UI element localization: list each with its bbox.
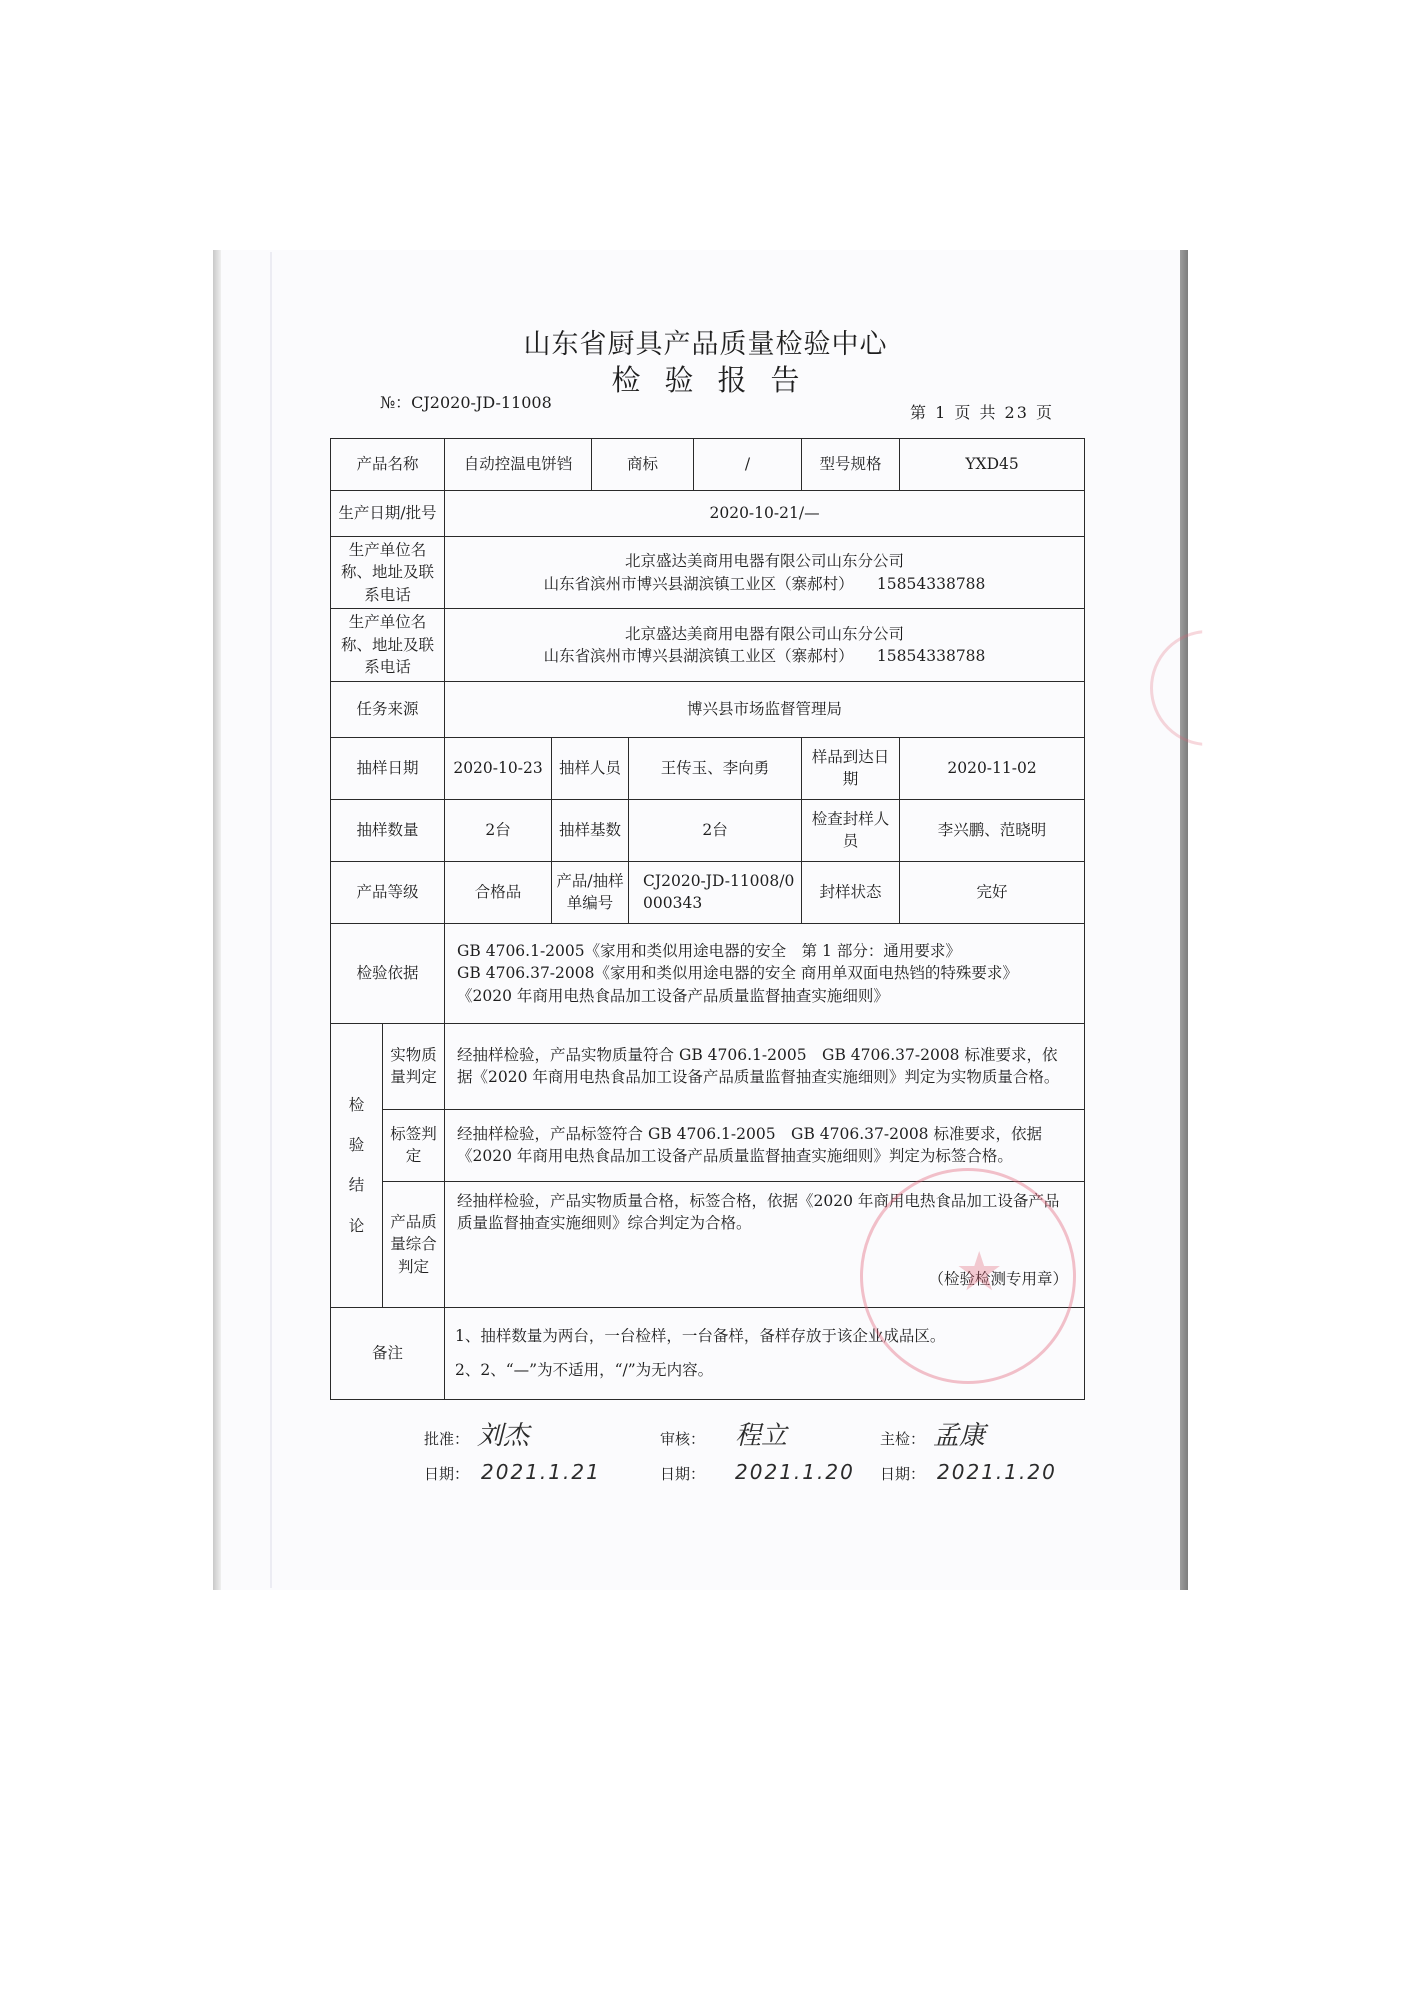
- date-label: 日期：: [880, 1465, 925, 1483]
- product-name: 自动控温电饼铛: [445, 439, 592, 491]
- row-unit-1: 生产单位名称、地址及联系电话 北京盛达美商用电器有限公司山东分公司 山东省滨州市…: [331, 537, 1085, 609]
- sampler-label: 抽样人员: [552, 737, 629, 799]
- review-signature: 审核：程立: [660, 1415, 787, 1452]
- remarks-label: 备注: [331, 1307, 445, 1399]
- document-title: 检验报告: [0, 358, 1411, 399]
- review-sig: 程立: [735, 1421, 787, 1451]
- edge-seal-stamp: [1150, 630, 1266, 746]
- organization-title: 山东省厨具产品质量检验中心: [0, 322, 1411, 361]
- sheet-no: CJ2020-JD-11008/0000343: [629, 861, 802, 923]
- approve-label: 批准：: [424, 1430, 469, 1448]
- task-source: 博兴县市场监督管理局: [445, 681, 1085, 737]
- approve-sig: 刘杰: [477, 1421, 529, 1451]
- review-label: 审核：: [660, 1430, 705, 1448]
- row-basis: 检验依据 GB 4706.1-2005《家用和类似用途电器的安全 第 1 部分：…: [331, 923, 1085, 1023]
- row-sampling: 抽样日期 2020-10-23 抽样人员 王传玉、李向勇 样品到达日期 2020…: [331, 737, 1085, 799]
- scan-edge-right: [1180, 250, 1188, 1590]
- inspector-date-row: 日期：2021.1.20: [880, 1460, 1057, 1484]
- unit-label: 生产单位名称、地址及联系电话: [331, 609, 445, 681]
- row-unit-2: 生产单位名称、地址及联系电话 北京盛达美商用电器有限公司山东分公司 山东省滨州市…: [331, 609, 1085, 681]
- sheet-no-label: 产品/抽样单编号: [552, 861, 629, 923]
- arrival-date: 2020-11-02: [900, 737, 1085, 799]
- review-date: 2021.1.20: [735, 1460, 855, 1484]
- report-number: №：CJ2020-JD-11008: [380, 390, 552, 413]
- date-label: 日期：: [660, 1465, 705, 1483]
- conclusion-label: 检验结论: [331, 1023, 383, 1307]
- inspector-label: 主检：: [880, 1430, 925, 1448]
- production-date: 2020-10-21/—: [445, 491, 1085, 537]
- approve-date: 2021.1.21: [481, 1460, 601, 1484]
- seal-checker-label: 检查封样人员: [802, 799, 900, 861]
- basis-standard-2: GB 4706.37-2008《家用和类似用途电器的安全 商用单双面电热铛的特殊…: [457, 962, 1080, 984]
- seal-status-label: 封样状态: [802, 861, 900, 923]
- inspector-sig: 孟康: [933, 1421, 985, 1451]
- production-date-label: 生产日期/批号: [331, 491, 445, 537]
- unit-name: 北京盛达美商用电器有限公司山东分公司: [449, 550, 1080, 572]
- approve-signature: 批准：刘杰: [424, 1415, 529, 1452]
- trademark-label: 商标: [592, 439, 694, 491]
- unit-phone: 15854338788: [877, 647, 985, 665]
- row-product: 产品名称 自动控温电饼铛 商标 / 型号规格 YXD45: [331, 439, 1085, 491]
- row-conclusion-physical: 检验结论 实物质量判定 经抽样检验，产品实物质量符合 GB 4706.1-200…: [331, 1023, 1085, 1109]
- basis-label: 检验依据: [331, 923, 445, 1023]
- sample-qty-label: 抽样数量: [331, 799, 445, 861]
- sample-base-label: 抽样基数: [552, 799, 629, 861]
- approve-date-row: 日期：2021.1.21: [424, 1460, 601, 1484]
- scan-edge-left: [213, 250, 221, 1590]
- sampling-date-label: 抽样日期: [331, 737, 445, 799]
- unit-label: 生产单位名称、地址及联系电话: [331, 537, 445, 609]
- grade: 合格品: [445, 861, 552, 923]
- review-date-row: 日期：2021.1.20: [660, 1460, 855, 1484]
- seal-checkers: 李兴鹏、范晓明: [900, 799, 1085, 861]
- sample-base: 2台: [629, 799, 802, 861]
- task-source-label: 任务来源: [331, 681, 445, 737]
- trademark: /: [694, 439, 802, 491]
- sample-qty: 2台: [445, 799, 552, 861]
- overall-quality-label: 产品质量综合判定: [383, 1181, 445, 1307]
- unit-address: 山东省滨州市博兴县湖滨镇工业区（寨郝村）: [544, 575, 846, 593]
- model: YXD45: [900, 439, 1085, 491]
- seal-star-icon: ★: [955, 1240, 1003, 1303]
- samplers: 王传玉、李向勇: [629, 737, 802, 799]
- grade-label: 产品等级: [331, 861, 445, 923]
- seal-status: 完好: [900, 861, 1085, 923]
- physical-quality-text: 经抽样检验，产品实物质量符合 GB 4706.1-2005 GB 4706.37…: [445, 1023, 1085, 1109]
- row-quantity: 抽样数量 2台 抽样基数 2台 检查封样人员 李兴鹏、范晓明: [331, 799, 1085, 861]
- basis-standard-1: GB 4706.1-2005《家用和类似用途电器的安全 第 1 部分：通用要求》: [457, 940, 1080, 962]
- unit-address: 山东省滨州市博兴县湖滨镇工业区（寨郝村）: [544, 647, 846, 665]
- basis-standard-3: 《2020 年商用电热食品加工设备产品质量监督抽查实施细则》: [457, 985, 1080, 1007]
- date-label: 日期：: [424, 1465, 469, 1483]
- unit-name: 北京盛达美商用电器有限公司山东分公司: [449, 623, 1080, 645]
- row-production-date: 生产日期/批号 2020-10-21/—: [331, 491, 1085, 537]
- product-name-label: 产品名称: [331, 439, 445, 491]
- arrival-date-label: 样品到达日期: [802, 737, 900, 799]
- inspector-signature: 主检：孟康: [880, 1415, 985, 1452]
- model-label: 型号规格: [802, 439, 900, 491]
- row-grade: 产品等级 合格品 产品/抽样单编号 CJ2020-JD-11008/000034…: [331, 861, 1085, 923]
- inspector-date: 2021.1.20: [937, 1460, 1057, 1484]
- label-check-label: 标签判定: [383, 1109, 445, 1181]
- physical-quality-label: 实物质量判定: [383, 1023, 445, 1109]
- scan-fold-line: [270, 252, 272, 1588]
- row-task-source: 任务来源 博兴县市场监督管理局: [331, 681, 1085, 737]
- unit-phone: 15854338788: [877, 575, 985, 593]
- page-info: 第 1 页 共 23 页: [910, 400, 1054, 423]
- conclusion-label-text: 检验结论: [349, 1085, 365, 1246]
- sampling-date: 2020-10-23: [445, 737, 552, 799]
